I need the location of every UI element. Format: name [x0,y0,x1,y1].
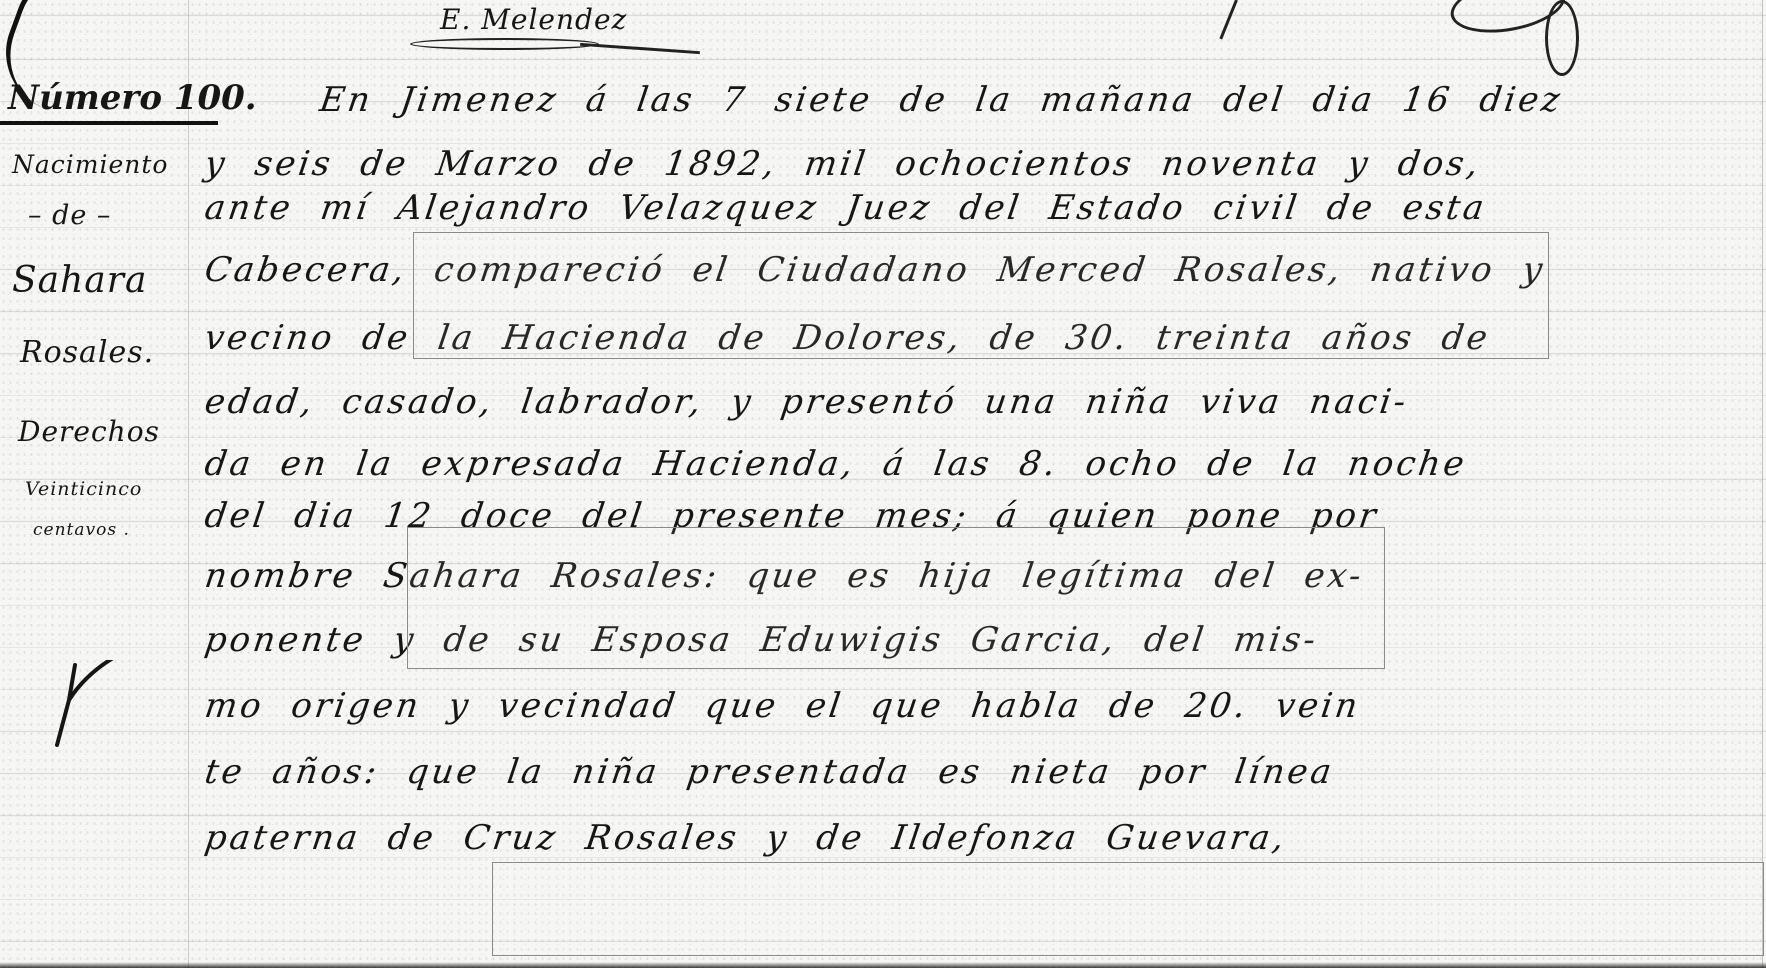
body-line-2: y seis de Marzo de 1892, mil ochocientos… [202,144,1483,184]
right-rule-line [1762,0,1763,968]
body-line-12: te años: que la niña presentada es nieta… [202,752,1337,792]
margin-line-centavos: centavos . [33,520,130,540]
scan-edge [0,962,1766,968]
signature-tail-icon [580,43,700,54]
body-line-1: En Jimenez á las 7 siete de la mañana de… [317,80,1565,120]
highlight-box-grandparents[interactable] [492,862,1764,956]
highlight-box-father[interactable] [413,232,1549,359]
margin-line-de: – de – [28,200,111,231]
highlight-box-child-mother[interactable] [407,527,1385,669]
body-line-11: mo origen y vecindad que el que habla de… [202,686,1363,726]
document-page: E. Melendez Número 100. Nacimiento – de … [0,0,1766,968]
check-mark-icon [55,660,115,750]
signature-left: E. Melendez [440,3,627,36]
entry-number-underline [0,121,218,125]
margin-line-nacimiento: Nacimiento [12,150,168,179]
body-line-3: ante mí Alejandro Velazquez Juez del Est… [202,188,1489,228]
signature-flourish-icon [410,38,599,50]
signature-right-loop-icon [1545,0,1579,76]
body-line-7: da en la expresada Hacienda, á las 8. oc… [202,444,1469,484]
body-line-13: paterna de Cruz Rosales y de Ildefonza G… [202,818,1289,858]
margin-rule-line [188,0,189,968]
entry-number: Número 100. [8,78,257,118]
margin-line-rosales: Rosales. [20,335,154,370]
pen-stroke-icon [1219,0,1238,40]
margin-line-veinticinco: Veinticinco [25,478,142,500]
margin-line-sahara: Sahara [12,260,147,301]
margin-line-derechos: Derechos [18,415,160,448]
body-line-6: edad, casado, labrador, y presentó una n… [202,382,1411,422]
